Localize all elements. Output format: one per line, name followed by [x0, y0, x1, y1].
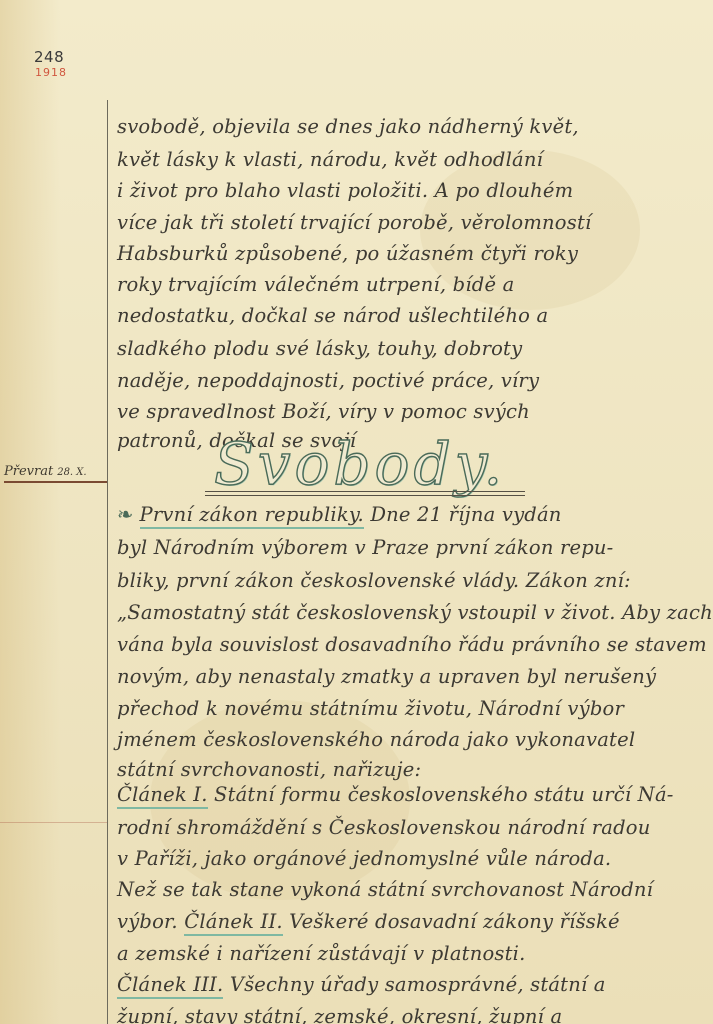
text-line: bliky, první zákon československé vlády.…: [117, 566, 631, 596]
text-line: nedostatku, dočkal se národ ušlechtilého…: [117, 301, 548, 331]
text-line: byl Národním výborem v Praze první zákon…: [117, 533, 613, 563]
text-line: roky trvajícím válečném utrpení, bídě a: [117, 270, 514, 300]
text-line: sladkého plodu své lásky, touhy, dobroty: [117, 334, 522, 364]
text-line: novým, aby nenastaly zmatky a upraven by…: [117, 662, 656, 692]
page-number: 248: [34, 48, 64, 66]
article-label: Článek II.: [184, 910, 283, 936]
text-line: svobodě, objevila se dnes jako nádherný …: [117, 112, 579, 142]
manuscript-page: 248 1918 Převrat28. X. svobodě, objevila…: [0, 0, 713, 1024]
leaf-ornament-icon: ❧: [117, 500, 134, 530]
margin-note-label: Převrat: [4, 464, 53, 479]
text-fragment: Dne 21 října vydán: [370, 503, 561, 526]
text-line: jménem československého národa jako vyko…: [117, 725, 635, 755]
margin-note-date: 28. X.: [57, 467, 86, 478]
page-year: 1918: [35, 66, 67, 79]
margin-note: Převrat28. X.: [4, 464, 107, 483]
text-line: květ lásky k vlasti, národu, květ odhodl…: [117, 145, 543, 175]
text-line: více jak tři století trvající porobě, vě…: [117, 208, 591, 238]
title-underline: [205, 491, 525, 496]
article-2-line: výbor. Článek II. Veškeré dosavadní záko…: [117, 907, 620, 937]
margin-rule: [107, 100, 108, 1024]
text-line: župní, stavy státní, zemské, okresní, žu…: [117, 1002, 562, 1024]
text-line: naděje, nepoddajnosti, poctivé práce, ví…: [117, 366, 539, 396]
text-fragment: Veškeré dosavadní zákony říšské: [289, 910, 620, 933]
article-label: Článek III.: [117, 973, 223, 999]
text-line: „Samostatný stát československý vstoupil…: [117, 598, 713, 628]
margin-guide-line: [0, 822, 107, 823]
text-line: vána byla souvislost dosavadního řádu pr…: [117, 630, 707, 660]
text-fragment: Všechny úřady samosprávné, státní a: [230, 973, 606, 996]
text-line: Habsburků způsobené, po úžasném čtyři ro…: [117, 239, 578, 269]
text-fragment: Státní formu československého státu určí…: [214, 783, 674, 806]
text-fragment: výbor.: [117, 910, 178, 933]
text-line: a zemské i nařízení zůstávají v platnost…: [117, 939, 525, 969]
section-heading: První zákon republiky.: [140, 503, 364, 529]
calligraphic-title: Svobody.: [214, 430, 506, 498]
text-line: v Paříži, jako orgánové jednomyslné vůle…: [117, 844, 611, 874]
article-3-line: Článek III. Všechny úřady samosprávné, s…: [117, 970, 606, 1000]
text-line: rodní shromáždění s Československou náro…: [117, 813, 650, 843]
section-heading-line: ❧První zákon republiky. Dne 21 října vyd…: [117, 500, 562, 530]
text-line: ve spravedlnost Boží, víry v pomoc svých: [117, 397, 530, 427]
text-line: i život pro blaho vlasti položiti. A po …: [117, 176, 573, 206]
article-label: Článek I.: [117, 783, 208, 809]
text-line: Než se tak stane vykoná státní svrchovan…: [117, 875, 653, 905]
article-1-line: Článek I. Státní formu československého …: [117, 780, 674, 810]
text-line: přechod k novému státnímu životu, Národn…: [117, 694, 624, 724]
